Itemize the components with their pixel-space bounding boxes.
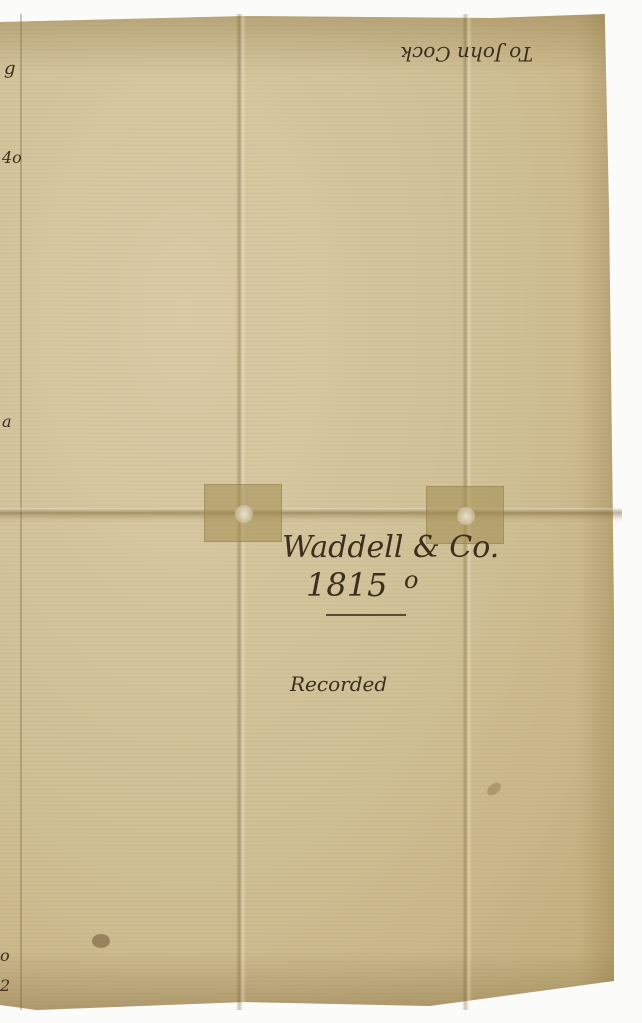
ink-stain bbox=[92, 934, 110, 948]
margin-fragment: 2 bbox=[0, 976, 10, 995]
docket-mark: o bbox=[404, 566, 418, 594]
margin-fragment: a bbox=[2, 412, 12, 431]
horizontal-fold-line bbox=[0, 508, 622, 522]
repair-tape-left bbox=[204, 484, 282, 542]
margin-fragment: g bbox=[4, 58, 16, 79]
docket-underline bbox=[326, 614, 406, 616]
margin-fragment: o bbox=[0, 946, 10, 965]
margin-fragment: 4o bbox=[2, 148, 22, 167]
recorded-annotation: Recorded bbox=[290, 672, 387, 696]
docket-name: Waddell & Co. bbox=[282, 530, 499, 565]
endorsement-upside-down: To John Cock bbox=[400, 42, 533, 66]
docket-year: 1815 bbox=[306, 566, 387, 604]
